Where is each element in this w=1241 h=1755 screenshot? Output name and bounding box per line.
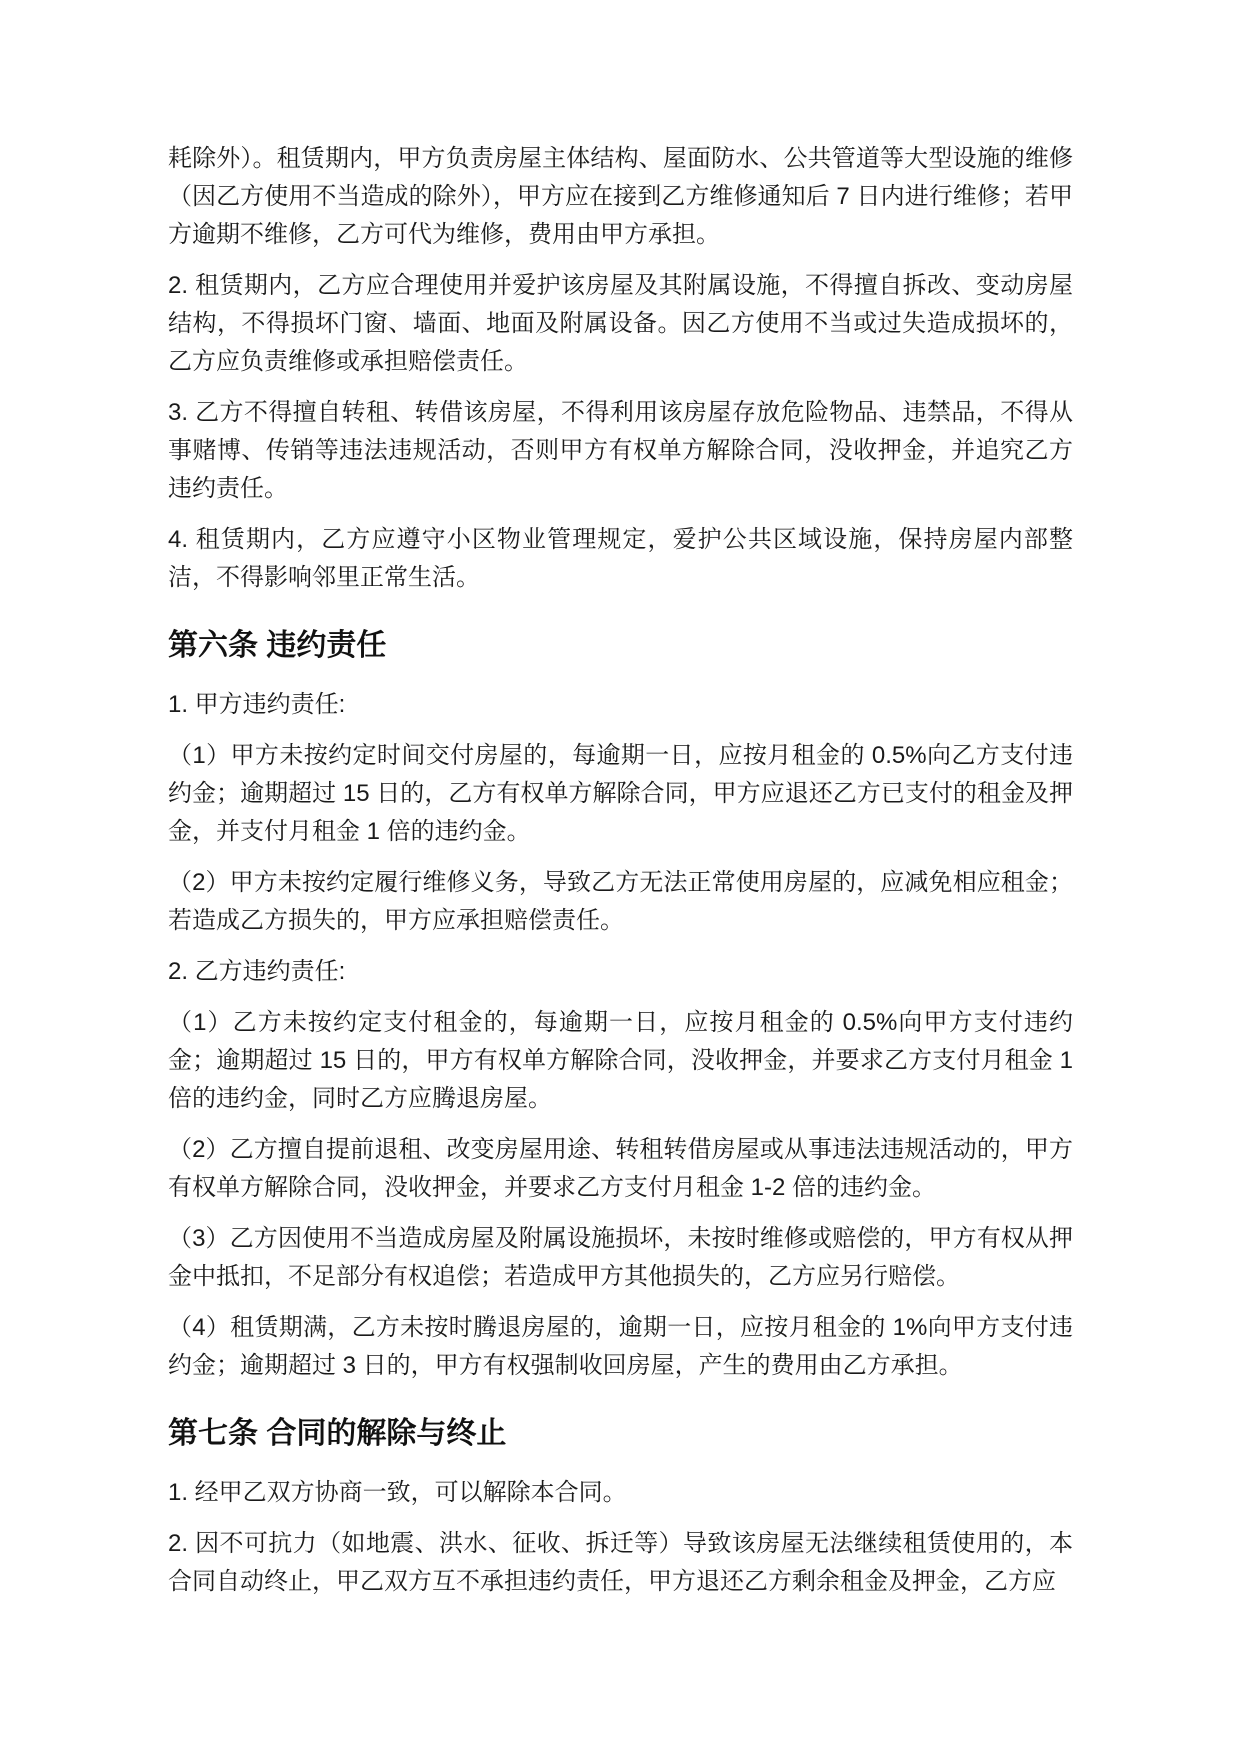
paragraph-termination-1: 1. 经甲乙双方协商一致，可以解除本合同。 xyxy=(168,1474,1073,1512)
paragraph-tenant-liability-4: （4）租赁期满，乙方未按时腾退房屋的，逾期一日，应按月租金的 1%向甲方支付违约… xyxy=(168,1309,1073,1385)
paragraph-maintenance-continuation: 耗除外）。租赁期内，甲方负责房屋主体结构、屋面防水、公共管道等大型设施的维修（因… xyxy=(168,140,1073,254)
paragraph-clause-4-property-rules: 4. 租赁期内，乙方应遵守小区物业管理规定，爱护公共区域设施，保持房屋内部整洁，… xyxy=(168,521,1073,597)
paragraph-tenant-liability-1: （1）乙方未按约定支付租金的，每逾期一日，应按月租金的 0.5%向甲方支付违约金… xyxy=(168,1004,1073,1118)
paragraph-tenant-liability-2: （2）乙方擅自提前退租、改变房屋用途、转租转借房屋或从事违法违规活动的，甲方有权… xyxy=(168,1131,1073,1207)
paragraph-termination-2: 2. 因不可抗力（如地震、洪水、征收、拆迁等）导致该房屋无法继续租赁使用的，本合… xyxy=(168,1525,1073,1601)
document-page: 耗除外）。租赁期内，甲方负责房屋主体结构、屋面防水、公共管道等大型设施的维修（因… xyxy=(0,0,1241,1755)
paragraph-landlord-liability-2: （2）甲方未按约定履行维修义务，导致乙方无法正常使用房屋的，应减免相应租金；若造… xyxy=(168,864,1073,940)
section-heading-article-7: 第七条 合同的解除与终止 xyxy=(168,1412,1073,1456)
contract-body: 耗除外）。租赁期内，甲方负责房屋主体结构、屋面防水、公共管道等大型设施的维修（因… xyxy=(168,140,1073,1601)
section-heading-article-6: 第六条 违约责任 xyxy=(168,624,1073,668)
paragraph-landlord-liability-label: 1. 甲方违约责任: xyxy=(168,686,1073,724)
paragraph-tenant-liability-3: （3）乙方因使用不当造成房屋及附属设施损坏，未按时维修或赔偿的，甲方有权从押金中… xyxy=(168,1220,1073,1296)
paragraph-clause-3-no-sublet: 3. 乙方不得擅自转租、转借该房屋，不得利用该房屋存放危险物品、违禁品，不得从事… xyxy=(168,394,1073,508)
paragraph-landlord-liability-1: （1）甲方未按约定时间交付房屋的，每逾期一日，应按月租金的 0.5%向乙方支付违… xyxy=(168,737,1073,851)
paragraph-clause-2-proper-use: 2. 租赁期内，乙方应合理使用并爱护该房屋及其附属设施，不得擅自拆改、变动房屋结… xyxy=(168,267,1073,381)
paragraph-tenant-liability-label: 2. 乙方违约责任: xyxy=(168,953,1073,991)
